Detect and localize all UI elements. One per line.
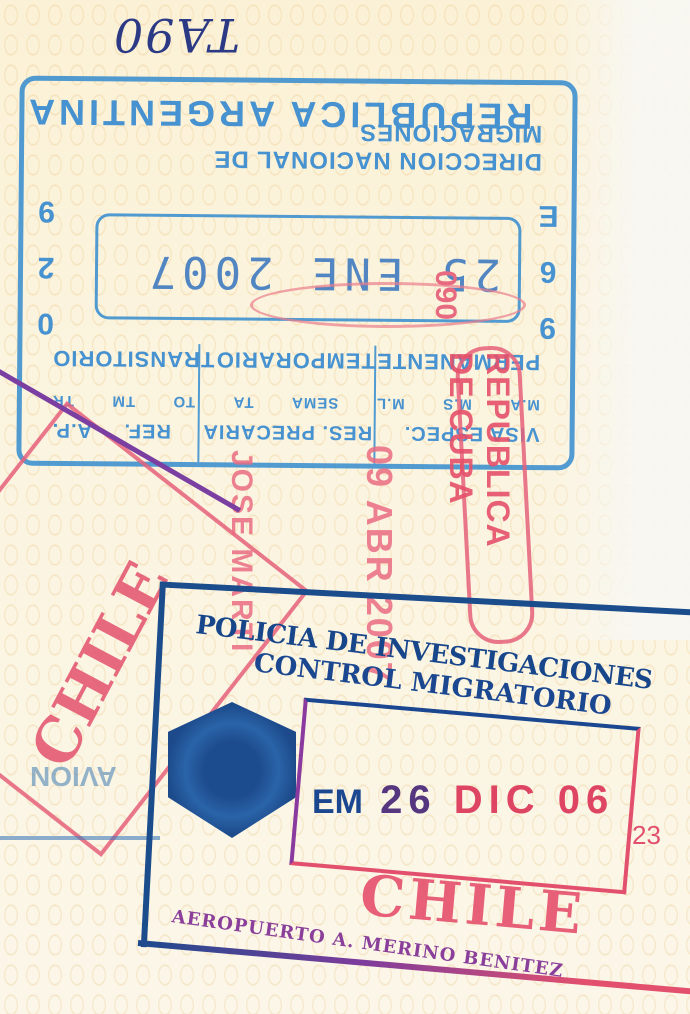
cuba-stamp-text: REPUBLICA DE CUBA — [442, 352, 516, 546]
pdi-date: EM 26 DIC 06 — [312, 778, 614, 823]
faint-stamp-text: AVION — [30, 760, 117, 792]
label-temporario: TEMPORARIO — [216, 346, 375, 373]
label-transitorio: TRANSITORIO — [52, 345, 214, 372]
red-code: 090 — [428, 270, 462, 320]
stray-mark: 23 — [632, 820, 661, 851]
label-code: SEMA — [291, 394, 338, 411]
country-name: REPUBLICA ARGENTINA — [25, 91, 533, 137]
stamp-side-code: 9 6 E — [532, 187, 563, 355]
faint-stamp-line — [0, 836, 160, 840]
label-code: M.L — [376, 395, 405, 412]
entry-day: 26 — [380, 778, 437, 822]
label-code: TM — [111, 392, 135, 409]
entry-year: 06 — [558, 778, 615, 822]
handwritten-note: TA90 — [112, 8, 240, 62]
label-code: TA — [233, 393, 254, 410]
entry-month: DIC — [454, 778, 541, 822]
stamp-side-code: 0 2 9 — [30, 183, 61, 351]
entry-code: EM — [312, 783, 363, 821]
label-code: TO — [173, 393, 196, 410]
label-ref: REF. — [123, 418, 171, 441]
label-res-precaria: RES. PRECARIA — [202, 419, 372, 443]
passport-page: TA90 VISA ESPEC. RES. PRECARIA REF. A.P.… — [0, 0, 690, 1014]
red-star-seal — [250, 282, 526, 328]
